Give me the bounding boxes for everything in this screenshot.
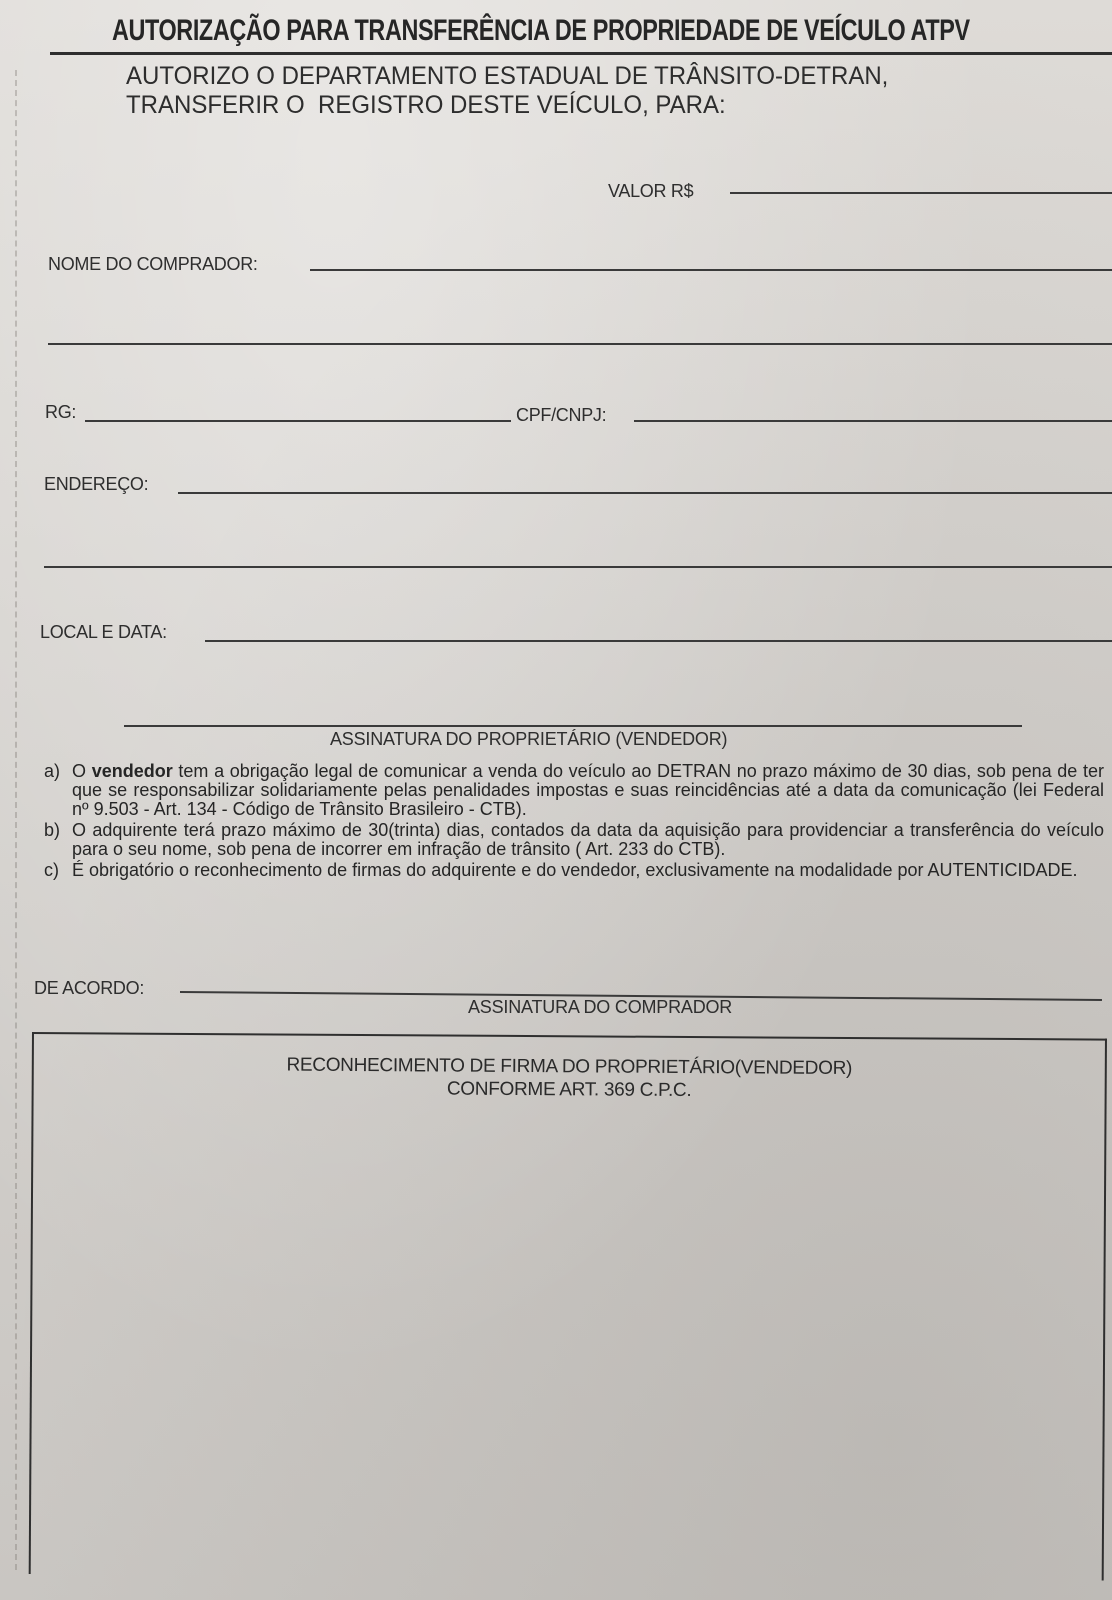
de-acordo-label: DE ACORDO: (34, 978, 144, 999)
document-title: AUTORIZAÇÃO PARA TRANSFERÊNCIA DE PROPRI… (112, 14, 970, 48)
nome-comprador-label: NOME DO COMPRADOR: (48, 254, 258, 275)
note-a: a) O vendedor tem a obrigação legal de c… (44, 762, 1104, 819)
local-data-label: LOCAL E DATA: (40, 622, 167, 643)
rg-label: RG: (45, 402, 76, 423)
valor-field[interactable] (730, 192, 1112, 194)
legal-notes: a) O vendedor tem a obrigação legal de c… (44, 762, 1104, 881)
vendedor-signature-line[interactable] (124, 725, 1022, 727)
vendedor-signature-caption: ASSINATURA DO PROPRIETÁRIO (VENDEDOR) (330, 729, 727, 750)
comprador-signature-caption: ASSINATURA DO COMPRADOR (468, 997, 732, 1018)
cpf-cnpj-field[interactable] (634, 420, 1112, 422)
note-c-marker: c) (44, 861, 72, 880)
authorization-statement: AUTORIZO O DEPARTAMENTO ESTADUAL DE TRÂN… (126, 62, 888, 120)
perforation-edge (15, 70, 17, 1570)
note-a-text: O vendedor tem a obrigação legal de comu… (72, 762, 1104, 819)
note-a-marker: a) (44, 762, 72, 819)
notary-recognition-box[interactable]: RECONHECIMENTO DE FIRMA DO PROPRIETÁRIO(… (29, 1032, 1107, 1581)
note-c: c) É obrigatório o reconhecimento de fir… (44, 861, 1104, 880)
note-b: b) O adquirente terá prazo máximo de 30(… (44, 821, 1104, 859)
endereco-field[interactable] (178, 492, 1112, 494)
title-divider (50, 52, 1112, 55)
note-c-text: É obrigatório o reconhecimento de firmas… (72, 861, 1104, 880)
intro-line-2: TRANSFERIR O REGISTRO DESTE VEÍCULO, PAR… (126, 91, 726, 119)
note-a-body: tem a obrigação legal de comunicar a ven… (72, 761, 1104, 819)
note-b-text: O adquirente terá prazo máximo de 30(tri… (72, 821, 1104, 859)
valor-label: VALOR R$ (608, 181, 693, 202)
rg-field[interactable] (85, 420, 511, 422)
note-b-marker: b) (44, 821, 72, 859)
endereco-field-line2[interactable] (44, 566, 1112, 568)
nome-comprador-field[interactable] (310, 269, 1112, 271)
local-data-field[interactable] (205, 640, 1112, 642)
endereco-label: ENDEREÇO: (44, 474, 148, 495)
intro-line-1: AUTORIZO O DEPARTAMENTO ESTADUAL DE TRÂN… (126, 62, 888, 90)
note-a-bold: vendedor (92, 761, 173, 781)
notary-box-title: RECONHECIMENTO DE FIRMA DO PROPRIETÁRIO(… (34, 1052, 1105, 1105)
nome-comprador-field-line2[interactable] (48, 343, 1112, 345)
cpf-cnpj-label: CPF/CNPJ: (516, 405, 606, 426)
note-a-pre: O (72, 761, 92, 781)
